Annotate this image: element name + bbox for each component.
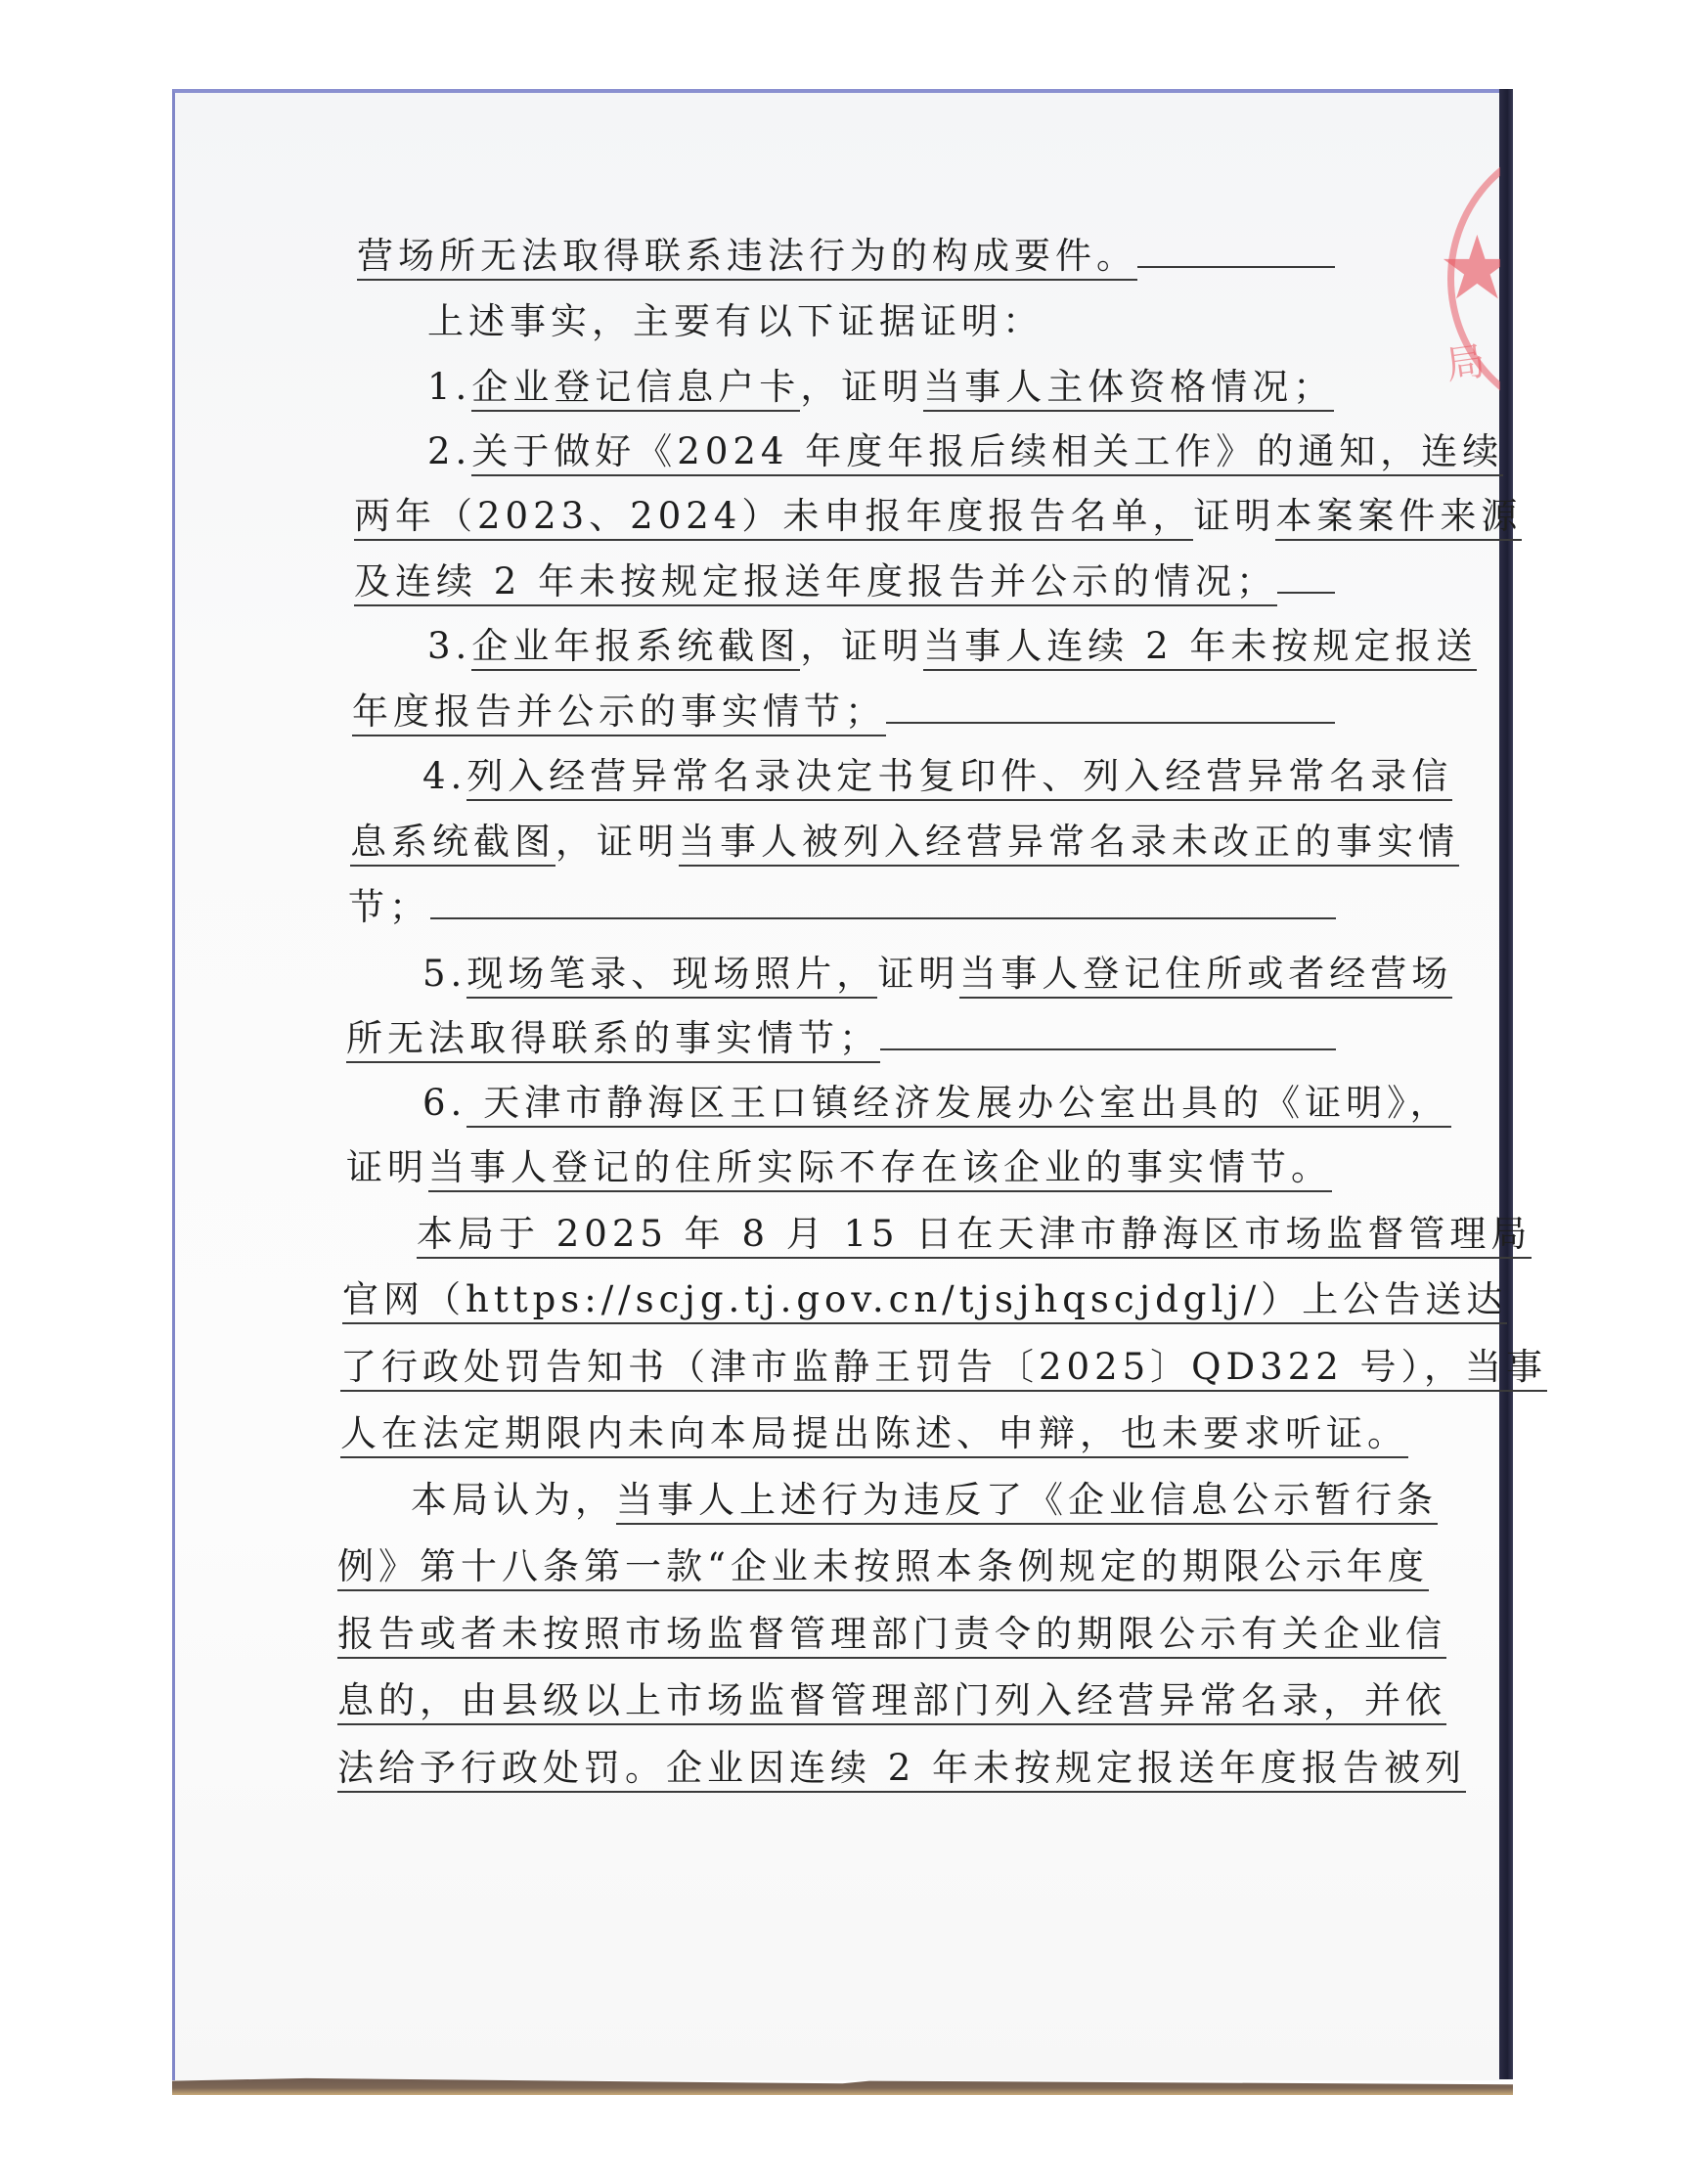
underlined-text: 本局于 2025 年 8 月 15 日在天津市静海区市场监督管理局 <box>417 1213 1532 1259</box>
text-line: 上述事实，主要有以下证据证明： <box>427 296 1044 347</box>
text-line: 本局认为，当事人上述行为违反了《企业信息公示暂行条 <box>411 1475 1438 1526</box>
text-line: 本局于 2025 年 8 月 15 日在天津市静海区市场监督管理局 <box>417 1209 1532 1260</box>
underline-fill <box>886 721 1335 724</box>
text-line: 两年（2023、2024）未申报年度报告名单，证明本案案件来源 <box>354 491 1522 542</box>
text-line: 报告或者未按照市场监督管理部门责令的期限公示有关企业信 <box>337 1609 1446 1660</box>
text-segment: 本局认为， <box>411 1479 616 1521</box>
underlined-text: 及连续 2 年未按规定报送年度报告并公示的情况； <box>354 560 1277 606</box>
underlined-text: 息的，由县级以上市场监督管理部门列入经营异常名录，并依 <box>337 1679 1446 1725</box>
underlined-text: 当事人上述行为违反了《企业信息公示暂行条 <box>616 1479 1438 1525</box>
text-segment: ，证明 <box>800 625 923 667</box>
underline-fill <box>1277 591 1335 594</box>
underlined-text: 企业登记信息户卡 <box>471 366 800 412</box>
text-segment: 1. <box>427 366 471 408</box>
underlined-text: 年度报告并公示的事实情节； <box>352 691 886 736</box>
underlined-text: 报告或者未按照市场监督管理部门责令的期限公示有关企业信 <box>337 1613 1446 1659</box>
text-line: 1.企业登记信息户卡，证明当事人主体资格情况； <box>427 362 1334 413</box>
underlined-text: 所无法取得联系的事实情节； <box>346 1017 880 1063</box>
underlined-text: 当事人主体资格情况； <box>923 366 1334 412</box>
underlined-text: 人在法定期限内未向本局提出陈述、申辩，也未要求听证。 <box>340 1412 1408 1458</box>
text-line: 节； <box>348 882 1336 933</box>
text-line: 官网（https://scjg.tj.gov.cn/tjsjhqscjdglj/… <box>342 1274 1507 1325</box>
text-segment: ，证明 <box>800 366 923 408</box>
text-segment: 5. <box>422 953 466 995</box>
underlined-text: 当事人登记住所或者经营场 <box>959 953 1452 999</box>
underlined-text: 本案案件来源 <box>1275 495 1522 541</box>
text-line: 5.现场笔录、现场照片，证明当事人登记住所或者经营场 <box>422 949 1452 1000</box>
underlined-text: 当事人登记的住所实际不存在该企业的事实情节。 <box>428 1146 1332 1192</box>
seal-text: 局 <box>1442 330 1488 390</box>
underlined-text: 企业年报系统截图 <box>471 625 800 671</box>
text-line: 年度报告并公示的事实情节； <box>352 687 1335 737</box>
text-line: 营场所无法取得联系违法行为的构成要件。 <box>357 231 1335 282</box>
text-segment: 上述事实，主要有以下证据证明： <box>427 300 1044 342</box>
text-line: 息系统截图，证明当事人被列入经营异常名录未改正的事实情 <box>350 817 1459 868</box>
text-segment: 证明 <box>1193 495 1275 537</box>
underlined-text: 当事人连续 2 年未按规定报送 <box>923 625 1477 671</box>
text-line: 所无法取得联系的事实情节； <box>346 1013 1336 1064</box>
underlined-text: 当事人被列入经营异常名录未改正的事实情 <box>679 821 1459 867</box>
underlined-text: 天津市静海区王口镇经济发展办公室出具的《证明》， <box>466 1082 1450 1128</box>
text-line: 4.列入经营异常名录决定书复印件、列入经营异常名录信 <box>422 751 1452 802</box>
text-segment: 2. <box>427 430 471 472</box>
text-segment: 证明 <box>346 1146 428 1188</box>
text-line: 及连续 2 年未按规定报送年度报告并公示的情况； <box>354 557 1335 607</box>
text-line: 证明当事人登记的住所实际不存在该企业的事实情节。 <box>346 1142 1332 1193</box>
text-line: 例》第十八条第一款“企业未按照本条例规定的期限公示年度 <box>337 1541 1429 1592</box>
underlined-text: 法给予行政处罚。企业因连续 2 年未按规定报送年度报告被列 <box>337 1747 1466 1793</box>
underlined-text: 息系统截图 <box>350 821 555 867</box>
text-line: 法给予行政处罚。企业因连续 2 年未按规定报送年度报告被列 <box>337 1743 1466 1794</box>
text-segment: ，证明 <box>555 821 679 863</box>
underlined-text: 列入经营异常名录决定书复印件、列入经营异常名录信 <box>466 755 1452 801</box>
underlined-text: 了行政处罚告知书（津市监静王罚告〔2025〕QD322 号），当事 <box>340 1346 1547 1392</box>
underline-fill <box>880 1047 1336 1050</box>
text-line: 6. 天津市静海区王口镇经济发展办公室出具的《证明》， <box>422 1078 1451 1129</box>
text-segment: 3. <box>427 625 471 667</box>
underlined-text: 关于做好《2024 年度年报后续相关工作》的通知，连续 <box>471 430 1503 476</box>
page-edge-shadow <box>1499 89 1513 2079</box>
text-line: 了行政处罚告知书（津市监静王罚告〔2025〕QD322 号），当事 <box>340 1342 1547 1393</box>
underline-fill <box>430 916 1336 919</box>
text-segment: 证明 <box>877 953 959 995</box>
text-line: 息的，由县级以上市场监督管理部门列入经营异常名录，并依 <box>337 1675 1446 1726</box>
official-seal: ★ 局 <box>1438 137 1500 430</box>
underlined-text: 现场笔录、现场照片， <box>466 953 877 999</box>
text-segment: 6. <box>422 1082 466 1124</box>
underlined-text: 官网（https://scjg.tj.gov.cn/tjsjhqscjdglj/… <box>342 1278 1507 1324</box>
text-segment: 4. <box>422 755 466 797</box>
seal-star-icon: ★ <box>1438 225 1500 313</box>
text-line: 2.关于做好《2024 年度年报后续相关工作》的通知，连续 <box>427 426 1503 477</box>
underlined-text: 营场所无法取得联系违法行为的构成要件。 <box>357 235 1137 281</box>
text-segment: 节； <box>348 886 430 928</box>
underlined-text: 例》第十八条第一款“企业未按照本条例规定的期限公示年度 <box>337 1545 1429 1591</box>
underline-fill <box>1137 265 1335 268</box>
text-line: 人在法定期限内未向本局提出陈述、申辩，也未要求听证。 <box>340 1408 1408 1459</box>
underlined-text: 两年（2023、2024）未申报年度报告名单， <box>354 495 1193 541</box>
text-line: 3.企业年报系统截图，证明当事人连续 2 年未按规定报送 <box>427 621 1477 672</box>
